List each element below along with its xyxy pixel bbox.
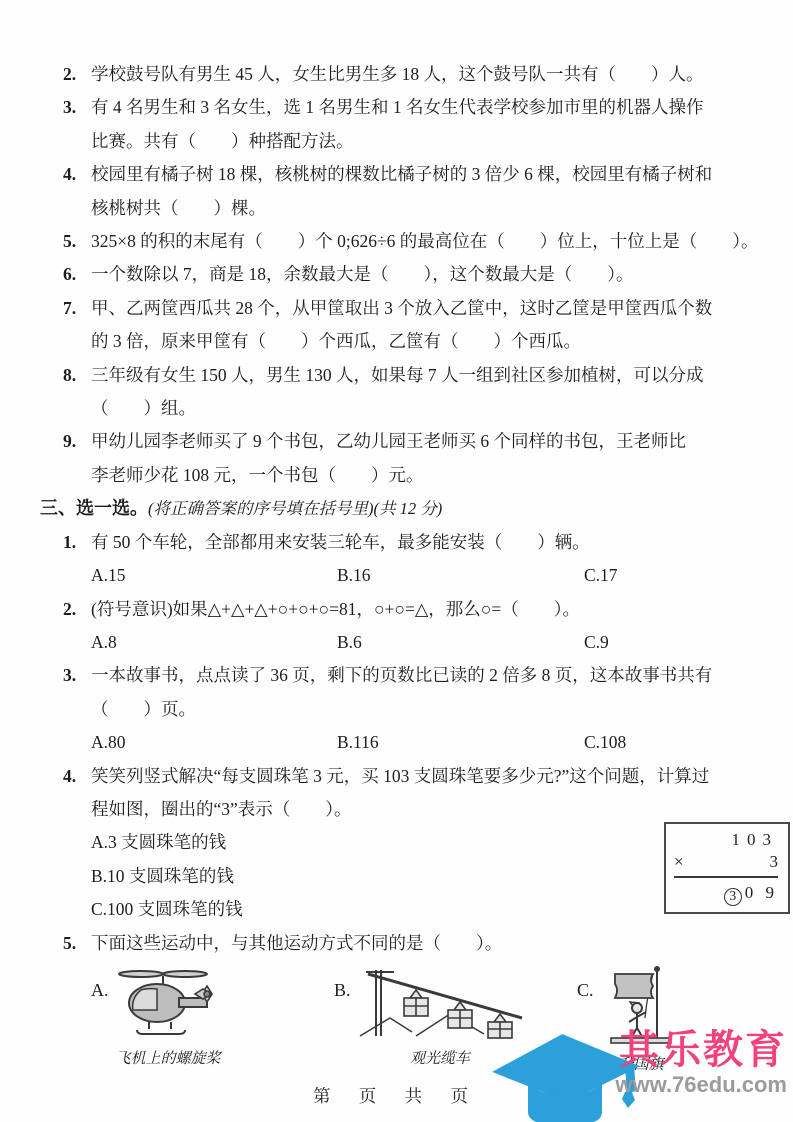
option-b: B.6 <box>337 626 584 659</box>
option-b: B.10 支圆珠笔的钱 <box>91 860 760 893</box>
choice-question-4: 4. 笑笑列竖式解决“每支圆珠笔 3 元，买 103 支圆珠笔要多少元?”这个问… <box>63 760 760 927</box>
question-number: 4. <box>63 158 76 191</box>
figure-body: 飞机上的螺旋桨 <box>113 966 223 1068</box>
option-c: C.100 支圆珠笔的钱 <box>91 893 760 926</box>
question-text: 程如图，圈出的“3”表示（ ）。 <box>91 793 760 826</box>
question-text: 李老师少花 108 元，一个书包（ ）元。 <box>91 459 760 492</box>
exam-content: 2. 学校鼓号队有男生 45 人，女生比男生多 18 人，这个鼓号队一共有（ ）… <box>63 58 760 1074</box>
question-text: 比赛。共有（ ）种搭配方法。 <box>91 125 760 158</box>
fib-question-6: 6. 一个数除以 7，商是 18，余数最大是（ ），这个数最大是（ ）。 <box>63 258 760 291</box>
fib-question-9: 9. 甲幼儿园李老师买了 9 个书包，乙幼儿园王老师买 6 个同样的书包，王老师… <box>63 425 760 492</box>
question-number: 6. <box>63 258 76 291</box>
question-number: 5. <box>63 225 76 258</box>
question-text: 的 3 倍，原来甲筐有（ ）个西瓜，乙筐有（ ）个西瓜。 <box>91 325 760 358</box>
fib-question-7: 7. 甲、乙两筐西瓜共 28 个，从甲筐取出 3 个放入乙筐中，这时乙筐是甲筐西… <box>63 292 760 359</box>
choice-question-2: 2. (符号意识)如果△+△+△+○+○+○=81，○+○=△，那么○=（ ）。… <box>63 593 760 660</box>
circled-digit: 3 <box>724 888 742 906</box>
fib-question-8: 8. 三年级有女生 150 人，男生 130 人，如果每 7 人一组到社区参加植… <box>63 359 760 426</box>
options-row: A.8 B.6 C.9 <box>91 626 760 659</box>
figure-label: A. <box>91 980 109 1001</box>
option-b: B.116 <box>337 726 584 759</box>
brand-website: www.76edu.com <box>615 1072 787 1098</box>
product-row: 30 9 <box>674 878 778 906</box>
question-number: 3. <box>63 659 76 692</box>
question-number: 9. <box>63 425 76 458</box>
option-a: A.15 <box>91 559 337 592</box>
option-a: A.8 <box>91 626 337 659</box>
option-c: C.108 <box>584 726 760 759</box>
section-instruction: (将正确答案的序号填在括号里)(共 12 分) <box>148 499 442 518</box>
branding-watermark: 其乐教育 www.76edu.com <box>488 1022 793 1122</box>
choice-question-3: 3. 一本故事书，点点读了 36 页，剩下的页数比已读的 2 倍多 8 页，这本… <box>63 659 760 759</box>
section-three-header: 三、选一选。(将正确答案的序号填在括号里)(共 12 分) <box>40 492 760 525</box>
question-text: (符号意识)如果△+△+△+○+○+○=81，○+○=△，那么○=（ ）。 <box>91 593 760 626</box>
question-number: 5. <box>63 927 76 960</box>
question-text: 笑笑列竖式解决“每支圆珠笔 3 元，买 103 支圆珠笔要多少元?”这个问题，计… <box>91 760 760 793</box>
option-c: C.17 <box>584 559 760 592</box>
question-text: 一本故事书，点点读了 36 页，剩下的页数比已读的 2 倍多 8 页，这本故事书… <box>91 659 760 692</box>
question-text: （ ）组。 <box>91 392 760 425</box>
multiplier-row: × 3 <box>674 851 778 878</box>
question-text: 校园里有橘子树 18 棵，核桃树的棵数比橘子树的 3 倍少 6 棵，校园里有橘子… <box>91 158 760 191</box>
question-number: 4. <box>63 760 76 793</box>
vertical-multiplication-figure: 103 × 3 30 9 <box>664 822 790 914</box>
helicopter-icon <box>113 966 223 1040</box>
figure-label: B. <box>334 980 351 1001</box>
fib-question-2: 2. 学校鼓号队有男生 45 人，女生比男生多 18 人，这个鼓号队一共有（ ）… <box>63 58 760 91</box>
multiplier: 3 <box>770 851 779 873</box>
choice-question-1: 1. 有 50 个车轮，全部都用来安装三轮车，最多能安装（ ）辆。 A.15 B… <box>63 526 760 593</box>
brand-name: 其乐教育 <box>615 1028 787 1072</box>
options-row: A.80 B.116 C.108 <box>91 726 760 759</box>
option-c: C.9 <box>584 626 760 659</box>
question-number: 2. <box>63 58 76 91</box>
option-a: A.80 <box>91 726 337 759</box>
multiplicand: 103 <box>674 829 778 851</box>
fib-question-3: 3. 有 4 名男生和 3 名女生，选 1 名男生和 1 名女生代表学校参加市里… <box>63 91 760 158</box>
question-text: 核桃树共（ ）棵。 <box>91 192 760 225</box>
options-row: A.15 B.16 C.17 <box>91 559 760 592</box>
fib-question-5: 5. 325×8 的积的末尾有（ ）个 0;626÷6 的最高位在（ ）位上，十… <box>63 225 760 258</box>
options-column: A.3 支圆珠笔的钱 B.10 支圆珠笔的钱 C.100 支圆珠笔的钱 103 … <box>91 826 760 926</box>
question-text: （ ）页。 <box>91 693 760 726</box>
question-text: 325×8 的积的末尾有（ ）个 0;626÷6 的最高位在（ ）位上，十位上是… <box>91 225 760 258</box>
question-text: 一个数除以 7，商是 18，余数最大是（ ），这个数最大是（ ）。 <box>91 258 760 291</box>
figure-label: C. <box>577 980 594 1001</box>
section-title: 三、选一选。 <box>40 498 148 518</box>
question-number: 2. <box>63 593 76 626</box>
question-number: 1. <box>63 526 76 559</box>
fib-question-4: 4. 校园里有橘子树 18 棵，核桃树的棵数比橘子树的 3 倍少 6 棵，校园里… <box>63 158 760 225</box>
option-a: A.3 支圆珠笔的钱 <box>91 826 760 859</box>
figure-caption: 飞机上的螺旋桨 <box>113 1047 223 1068</box>
figure-option-a: A. <box>91 966 334 1074</box>
exam-page: 2. 学校鼓号队有男生 45 人，女生比男生多 18 人，这个鼓号队一共有（ ）… <box>0 0 793 1122</box>
multiply-sign: × <box>674 851 684 873</box>
question-text: 学校鼓号队有男生 45 人，女生比男生多 18 人，这个鼓号队一共有（ ）人。 <box>91 58 760 91</box>
question-number: 7. <box>63 292 76 325</box>
question-text: 三年级有女生 150 人，男生 130 人，如果每 7 人一组到社区参加植树，可… <box>91 359 760 392</box>
question-text: 有 50 个车轮，全部都用来安装三轮车，最多能安装（ ）辆。 <box>91 526 760 559</box>
question-text: 甲、乙两筐西瓜共 28 个，从甲筐取出 3 个放入乙筐中，这时乙筐是甲筐西瓜个数 <box>91 292 760 325</box>
option-b: B.16 <box>337 559 584 592</box>
question-number: 8. <box>63 359 76 392</box>
question-text: 下面这些运动中，与其他运动方式不同的是（ ）。 <box>91 927 760 960</box>
question-text: 甲幼儿园李老师买了 9 个书包，乙幼儿园王老师买 6 个同样的书包，王老师比 <box>91 425 760 458</box>
question-text: 有 4 名男生和 3 名女生，选 1 名男生和 1 名女生代表学校参加市里的机器… <box>91 91 760 124</box>
product-rest: 0 9 <box>745 883 778 902</box>
branding-text: 其乐教育 www.76edu.com <box>615 1028 787 1098</box>
question-number: 3. <box>63 91 76 124</box>
